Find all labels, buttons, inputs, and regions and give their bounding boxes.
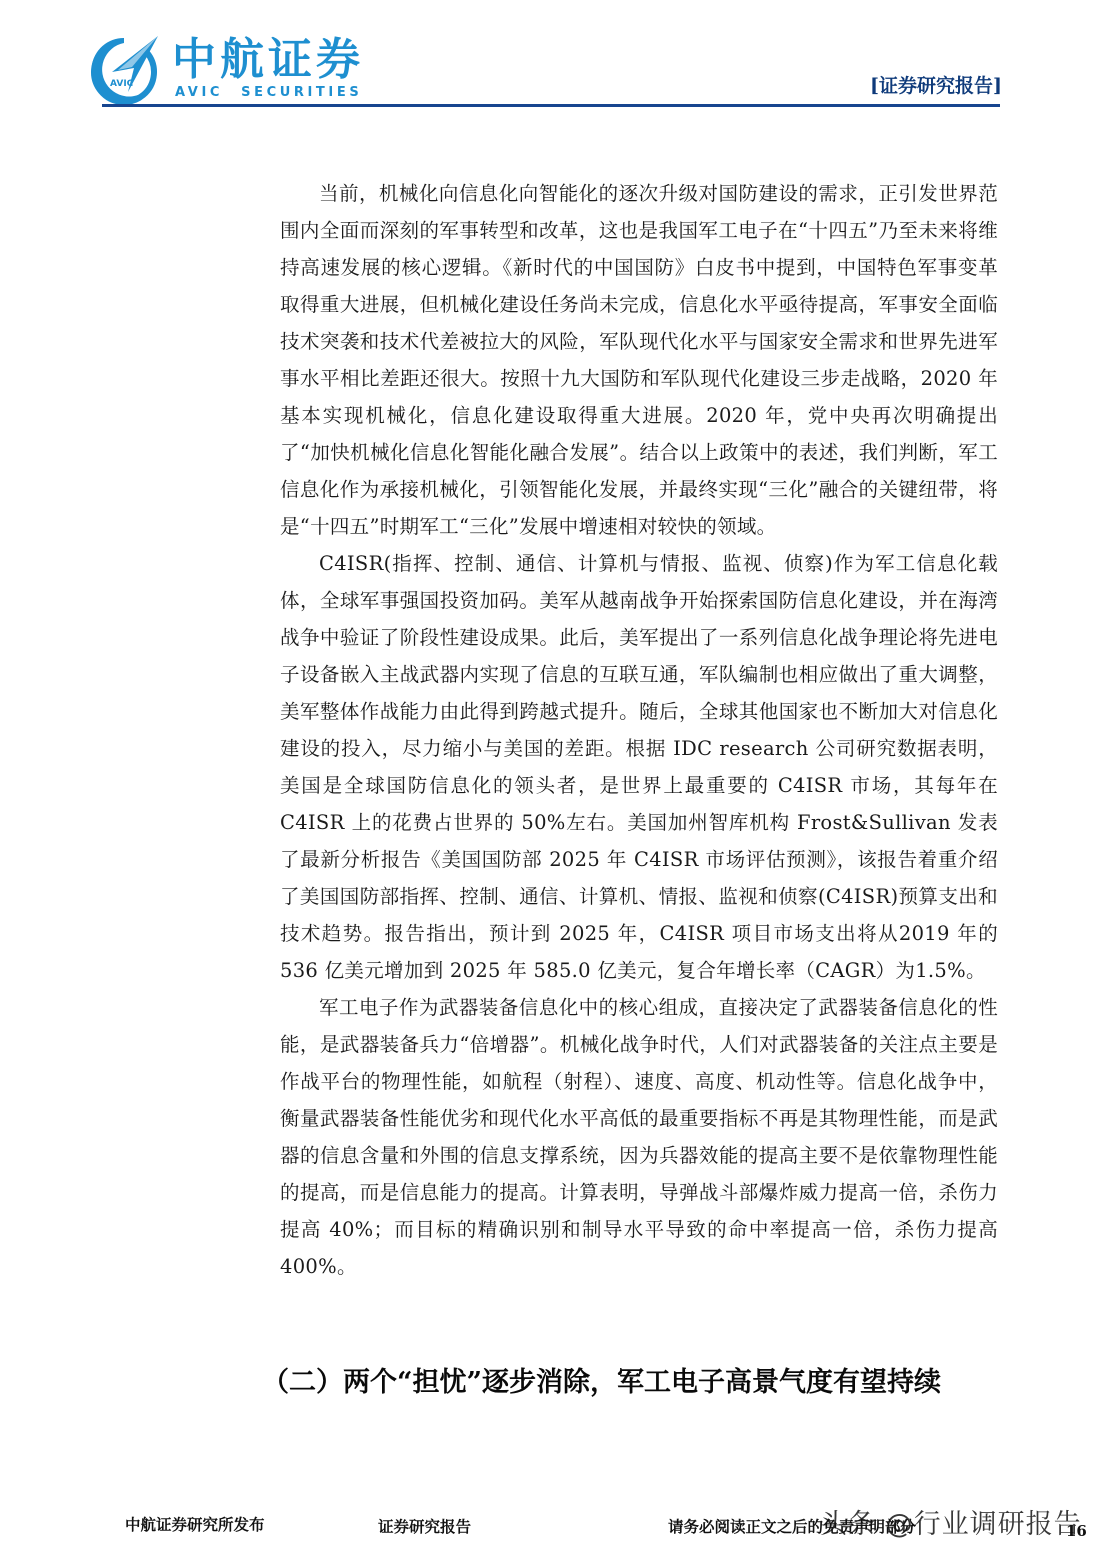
watermark: 头条 @行业调研报告	[820, 1502, 1082, 1541]
paragraph-military-transformation: 当前，机械化向信息化向智能化的逐次升级对国防建设的需求，正引发世界范围内全面而深…	[280, 175, 998, 545]
report-body: 当前，机械化向信息化向智能化的逐次升级对国防建设的需求，正引发世界范围内全面而深…	[280, 175, 998, 1285]
header-divider	[102, 104, 1000, 107]
page-number: 16	[1066, 1522, 1087, 1540]
brand-name-en: AVIC SECURITIES	[175, 86, 362, 100]
footer-publisher: 中航证券研究所发布	[125, 1513, 265, 1535]
footer-doc-type: 证券研究报告	[378, 1515, 471, 1537]
page-footer: 中航证券研究所发布 证券研究报告 请务必阅读正文之后的免责声明部分 头条 @行业…	[0, 1510, 1102, 1550]
avic-logo-icon: AVIC	[88, 34, 160, 106]
brand-name-cn: 中航证券	[172, 36, 364, 84]
paragraph-military-electronics: 军工电子作为武器装备信息化中的核心组成，直接决定了武器装备信息化的性能，是武器装…	[280, 989, 998, 1285]
page-header: AVIC 中航证券 AVIC SECURITIES [证券研究报告]	[0, 0, 1102, 110]
report-type-tag: [证券研究报告]	[870, 74, 1002, 98]
section-heading: （二）两个“担忧”逐步消除，军工电子高景气度有望持续	[262, 1352, 1002, 1414]
svg-text:AVIC: AVIC	[110, 79, 134, 89]
paragraph-c4isr: C4ISR(指挥、控制、通信、计算机与情报、监视、侦察)作为军工信息化载体，全球…	[280, 545, 998, 989]
